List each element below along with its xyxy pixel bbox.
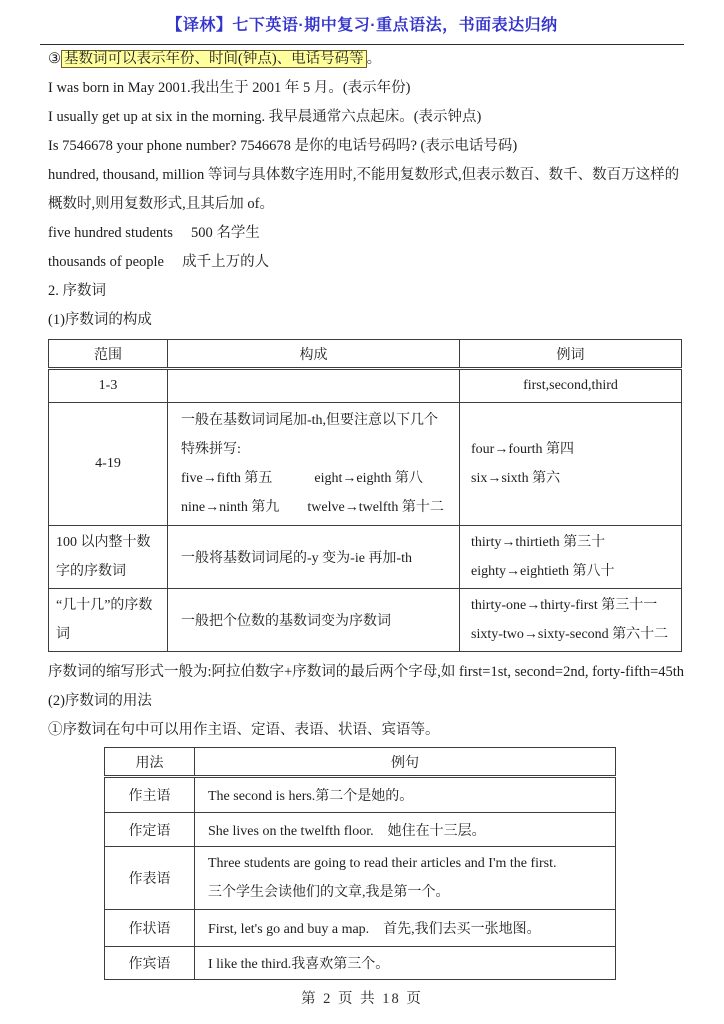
examples-cell: four→fourth 第四 six→sixth 第六: [460, 403, 682, 526]
sub-heading: (1)序数词的构成: [48, 306, 688, 335]
list-marker-3: ③: [48, 51, 61, 67]
examples-cell: thirty→thirtieth 第三十 eighty→eightieth 第八…: [460, 526, 682, 589]
example-cell: Three students are going to read their a…: [195, 847, 616, 910]
example-cell: I like the third.我喜欢第三个。: [195, 947, 616, 980]
usage-cell: 作宾语: [105, 947, 195, 980]
examples-cell: thirty-one→thirty-first 第三十一 sixty-two→s…: [460, 589, 682, 652]
ordinal-formation-table: 范围 构成 例词 1-3 first,second,third 4-19 一般在…: [48, 339, 682, 652]
range-cell: 1-3: [49, 369, 168, 403]
example-cell: First, let's go and buy a map. 首先,我们去买一张…: [195, 910, 616, 947]
example-sentence: I usually get up at six in the morning. …: [48, 103, 688, 132]
formation-cell: 一般在基数词词尾加-th,但要注意以下几个 特殊拼写: five→fifth 第…: [168, 403, 460, 526]
column-header: 例词: [460, 340, 682, 369]
plural-note: hundred, thousand, million 等词与具体数字连用时,不能…: [48, 161, 688, 219]
formation-cell: [168, 369, 460, 403]
table-row: 作定语 She lives on the twelfth floor. 她住在十…: [105, 813, 616, 847]
usage-cell: 作表语: [105, 847, 195, 910]
intro-line: ③基数词可以表示年份、时间(钟点)、电话号码等。: [48, 45, 688, 74]
table-row: 作表语 Three students are going to read the…: [105, 847, 616, 910]
range-cell: “几十几”的序数词: [49, 589, 168, 652]
table-row: 作主语 The second is hers.第二个是她的。: [105, 777, 616, 813]
ordinal-usage-table: 用法 例句 作主语 The second is hers.第二个是她的。 作定语…: [104, 747, 616, 980]
table-row: 作状语 First, let's go and buy a map. 首先,我们…: [105, 910, 616, 947]
usage-cell: 作主语: [105, 777, 195, 813]
example-cell: She lives on the twelfth floor. 她住在十三层。: [195, 813, 616, 847]
phrase-example: thousands of people 成千上万的人: [48, 248, 688, 277]
column-header: 构成: [168, 340, 460, 369]
document-page: 【译林】七下英语·期中复习·重点语法，书面表达归纳 ③基数词可以表示年份、时间(…: [0, 0, 724, 1024]
column-header: 用法: [105, 748, 195, 777]
example-sentence: Is 7546678 your phone number? 7546678 是你…: [48, 132, 688, 161]
page-title: 【译林】七下英语·期中复习·重点语法，书面表达归纳: [20, 12, 704, 35]
range-cell: 4-19: [49, 403, 168, 526]
table-row: “几十几”的序数词 一般把个位数的基数词变为序数词 thirty-one→thi…: [49, 589, 682, 652]
column-header: 范围: [49, 340, 168, 369]
page-number: 第 2 页 共 18 页: [0, 987, 724, 1008]
table-row: 100 以内整十数字的序数词 一般将基数词词尾的-y 变为-ie 再加-th t…: [49, 526, 682, 589]
table-header-row: 范围 构成 例词: [49, 340, 682, 369]
intro-period: 。: [367, 51, 382, 67]
highlighted-rule: 基数词可以表示年份、时间(钟点)、电话号码等: [61, 50, 367, 68]
range-cell: 100 以内整十数字的序数词: [49, 526, 168, 589]
abbreviation-note: 序数词的缩写形式一般为:阿拉伯数字+序数词的最后两个字母,如 first=1st…: [48, 658, 688, 687]
section-heading: 2. 序数词: [48, 277, 688, 306]
usage-cell: 作定语: [105, 813, 195, 847]
page-content: ③基数词可以表示年份、时间(钟点)、电话号码等。 I was born in M…: [0, 45, 724, 980]
table-header-row: 用法 例句: [105, 748, 616, 777]
table-row: 1-3 first,second,third: [49, 369, 682, 403]
column-header: 例句: [195, 748, 616, 777]
example-sentence: I was born in May 2001.我出生于 2001 年 5 月。(…: [48, 74, 688, 103]
sub-heading: (2)序数词的用法: [48, 687, 688, 716]
example-cell: The second is hers.第二个是她的。: [195, 777, 616, 813]
phrase-example: five hundred students 500 名学生: [48, 219, 688, 248]
usage-point: ①序数词在句中可以用作主语、定语、表语、状语、宾语等。: [48, 716, 688, 745]
table-row: 4-19 一般在基数词词尾加-th,但要注意以下几个 特殊拼写: five→fi…: [49, 403, 682, 526]
formation-cell: 一般把个位数的基数词变为序数词: [168, 589, 460, 652]
examples-cell: first,second,third: [460, 369, 682, 403]
usage-cell: 作状语: [105, 910, 195, 947]
formation-cell: 一般将基数词词尾的-y 变为-ie 再加-th: [168, 526, 460, 589]
table-row: 作宾语 I like the third.我喜欢第三个。: [105, 947, 616, 980]
